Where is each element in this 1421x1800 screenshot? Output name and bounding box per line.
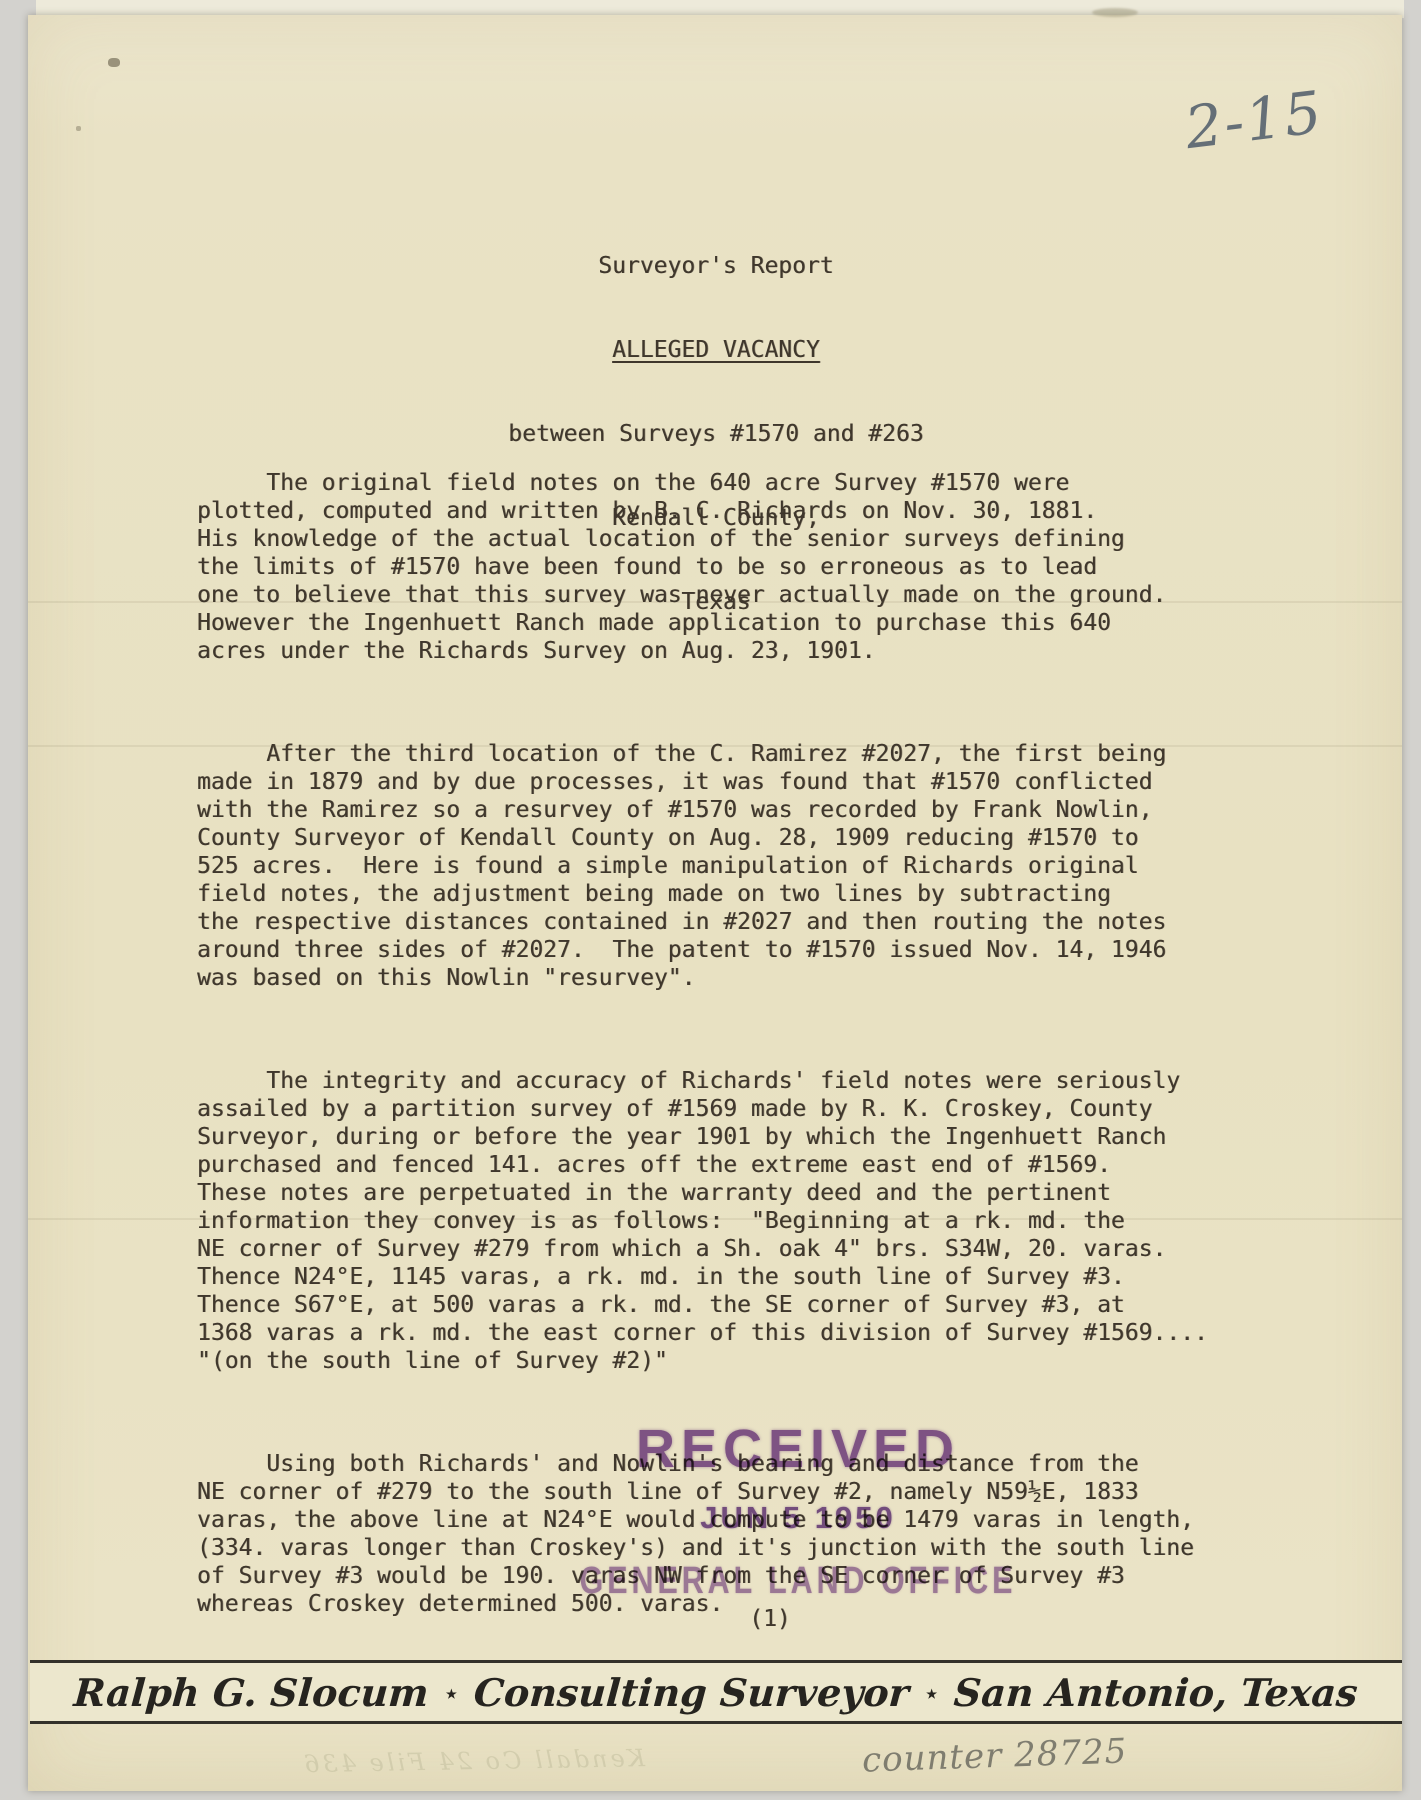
letterhead-footer-band: Ralph G. Slocum ★ Consulting Surveyor ★ … — [30, 1660, 1402, 1724]
title-line-alleged-vacancy: ALLEGED VACANCY — [30, 336, 1402, 364]
title-line-report: Surveyor's Report — [30, 252, 1402, 280]
star-icon: ★ — [445, 1680, 457, 1704]
surveyor-role: Consulting Surveyor — [473, 1670, 911, 1715]
smudge-mark — [1092, 8, 1138, 17]
paragraph-2: After the third location of the C. Ramir… — [197, 740, 1227, 992]
star-icon: ★ — [926, 1680, 938, 1704]
page-number: (1) — [749, 1605, 791, 1633]
received-stamp-date: JUN 5 1950 — [700, 1500, 895, 1536]
ink-speck — [76, 126, 81, 131]
scanned-page: 2-15 Surveyor's Report ALLEGED VACANCY b… — [0, 0, 1421, 1800]
received-stamp-office: GENERAL LAND OFFICE — [580, 1560, 1017, 1603]
surveyor-location: San Antonio, Texas — [953, 1670, 1360, 1715]
paragraph-3: The integrity and accuracy of Richards' … — [197, 1067, 1227, 1375]
paragraph-1: The original field notes on the 640 acre… — [197, 469, 1227, 665]
received-stamp: RECEIVED — [636, 1418, 960, 1480]
ink-speck — [108, 58, 120, 67]
surveyor-name: Ralph G. Slocum — [72, 1670, 430, 1715]
